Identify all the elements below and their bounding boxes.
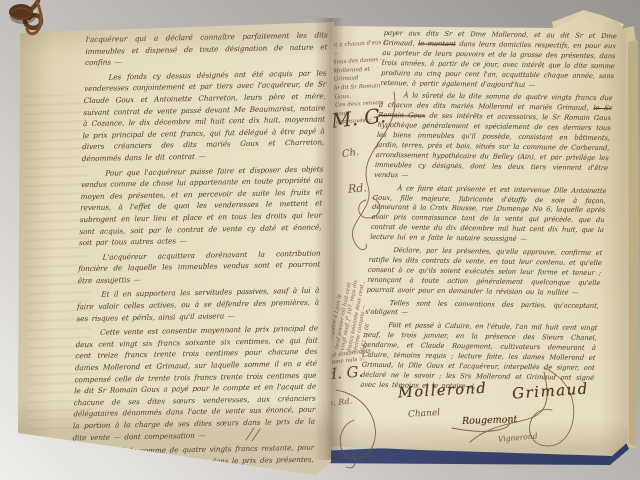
manuscript-paragraph: Quant à la somme de quatre vingts francs…: [71, 442, 314, 480]
manuscript-paragraph: Cette vente est consentie moyennant le p…: [72, 323, 318, 444]
manuscript-paragraph: À ce faire était présente et est interve…: [370, 183, 607, 246]
manuscript-paragraph: À la sûreté de la dite somme de quatre v…: [374, 91, 613, 183]
manuscript-paragraph: payer aux dits Sr et Dme Mollerond, et a…: [380, 29, 617, 92]
page-gutter-shadow: [314, 18, 344, 460]
manuscript-paragraph: Les fonds cy dessus désignés ont été acq…: [82, 67, 327, 164]
signature-mollerond: Mollerond: [398, 381, 488, 402]
right-page-text: payer aux dits Sr et Dme Mollerond, et a…: [360, 29, 617, 397]
manuscript-paragraph: Et il en supportera les servitudes passi…: [76, 285, 319, 324]
manuscript-paragraph: Fait et passé à Caluire, en l'étude, l'a…: [360, 321, 598, 394]
manuscript-paragraph: Pour que l'acquéreur puisse faire et dis…: [79, 163, 324, 249]
signature-rougemont: Rougemont: [462, 414, 518, 427]
manuscript-paragraph: l'acquéreur qui a déclaré connaître parf…: [85, 29, 328, 68]
left-page-text: l'acquéreur qui a déclaré connaître parf…: [71, 29, 328, 480]
binding-knot: [0, 0, 44, 28]
margin-paraphe-rd: Rd.: [347, 181, 367, 196]
document-photo: payer aux dits Sr et Dme Mollerond, et a…: [0, 0, 640, 480]
manuscript-paragraph: L'acquéreur acquittera dorénavant la con…: [78, 247, 321, 286]
signature-grimaud: Grimaud: [511, 379, 589, 402]
margin-paraphe-ch: Ch.: [341, 147, 360, 161]
manuscript-paragraph: Déclare, par les présentes, qu'elle appr…: [366, 246, 602, 299]
signature-chanel: Chanel: [408, 408, 441, 420]
ink-show-through: [23, 94, 93, 435]
manuscript-paragraph: Telles sont les conventions des parties,…: [365, 298, 599, 321]
signature-small: Vignerond: [498, 431, 538, 443]
